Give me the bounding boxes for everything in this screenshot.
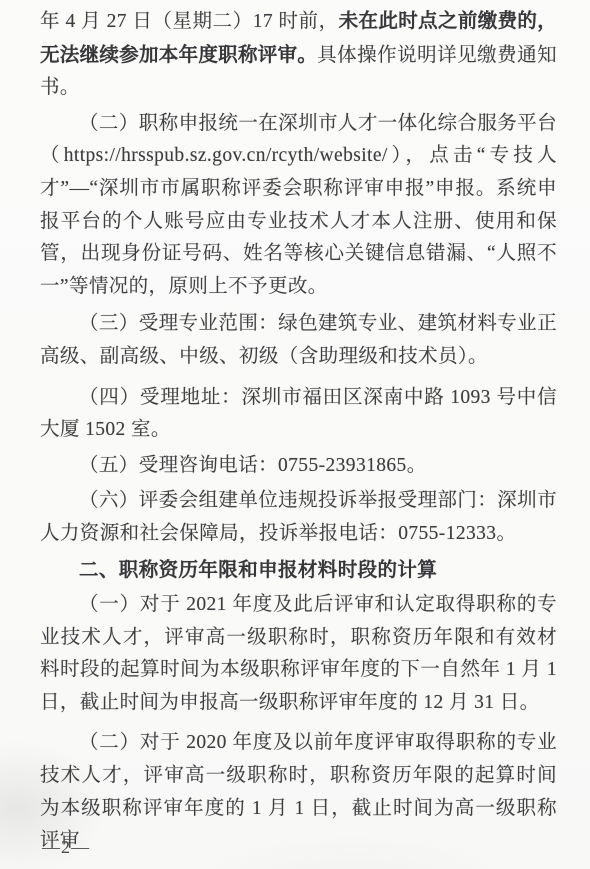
paragraph-declaration-platform: （二）职称申报统一在深圳市人才一体化综合服务平台（https://hrsspub… [40,108,557,304]
paragraph-payment-deadline: 年 4 月 27 日（星期二）17 时前，未在此时点之前缴费的，无法继续参加本年… [40,5,557,105]
paragraph-rule-2021-and-later: （一）对于 2021 年度及此后评审和认定取得职称的专业技术人才，评审高一级职称… [40,589,557,719]
document-body: 年 4 月 27 日（星期二）17 时前，未在此时点之前缴费的，无法继续参加本年… [40,5,557,858]
text-run: 年 4 月 27 日（星期二）17 时前， [40,11,339,32]
section-heading-seniority-calculation: 二、职称资历年限和申报材料时段的计算 [40,554,557,587]
paragraph-consultation-phone: （五）受理咨询电话：0755-23931865。 [40,450,557,483]
paragraph-complaint-department: （六）评委会组建单位违规投诉举报受理部门：深圳市人力资源和社会保障局，投诉举报电… [40,485,557,550]
page-number: —2— [42,837,90,858]
paragraph-rule-2020-and-earlier: （二）对于 2020 年度及以前年度评审取得职称的专业技术人才，评审高一级职称时… [40,727,557,857]
scanned-document-page: 年 4 月 27 日（星期二）17 时前，未在此时点之前缴费的，无法继续参加本年… [0,0,590,869]
paragraph-accepted-specialties: （三）受理专业范围：绿色建筑专业、建筑材料专业正高级、副高级、中级、初级（含助理… [40,308,557,373]
paragraph-acceptance-address: （四）受理地址：深圳市福田区深南中路 1093 号中信大厦 1502 室。 [40,382,557,447]
